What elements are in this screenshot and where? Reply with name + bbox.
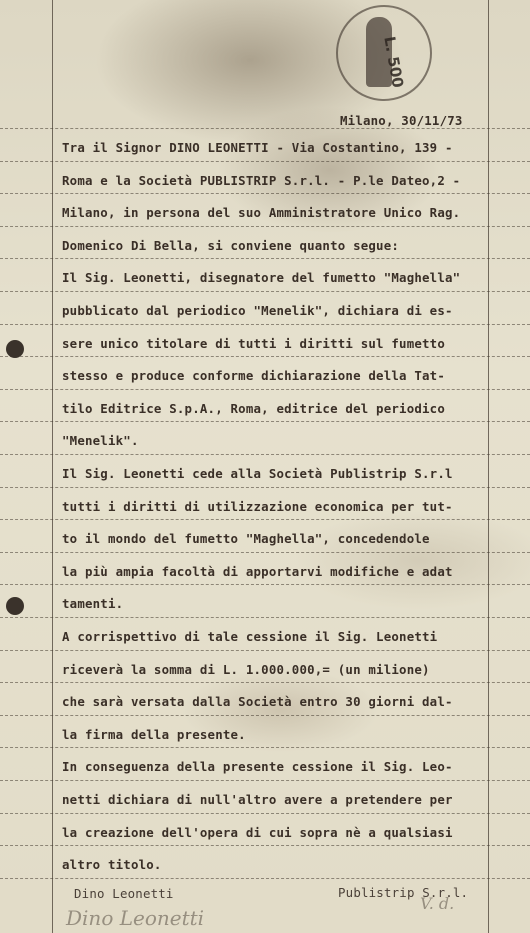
ruled-line (0, 128, 530, 129)
left-margin-rule (52, 0, 53, 933)
ruled-line (0, 193, 530, 194)
contract-line: tamenti. (62, 596, 123, 611)
right-margin-rule (488, 0, 489, 933)
contract-line: A corrispettivo di tale cessione il Sig.… (62, 629, 437, 644)
handwritten-signature-right: V. d. (420, 894, 454, 913)
contract-line: Milano, in persona del suo Amministrator… (62, 205, 460, 220)
revenue-stamp-icon: L. 500 (336, 5, 432, 101)
contract-line: tilo Editrice S.p.A., Roma, editrice del… (62, 401, 445, 416)
contract-line: riceverà la somma di L. 1.000.000,= (un … (62, 662, 430, 677)
ruled-line (0, 780, 530, 781)
ruled-line (0, 715, 530, 716)
contract-line: Tra il Signor DINO LEONETTI - Via Costan… (62, 140, 453, 155)
ruled-line (0, 650, 530, 651)
contract-line: In conseguenza della presente cessione i… (62, 759, 453, 774)
contract-line: che sarà versata dalla Società entro 30 … (62, 694, 453, 709)
ruled-line (0, 813, 530, 814)
contract-line: Domenico Di Bella, si conviene quanto se… (62, 238, 399, 253)
contract-line: la firma della presente. (62, 727, 246, 742)
contract-line: tutti i diritti di utilizzazione economi… (62, 499, 453, 514)
contract-line: sere unico titolare di tutti i diritti s… (62, 336, 445, 351)
contract-line: "Menelik". (62, 433, 139, 448)
ruled-line (0, 878, 530, 879)
ruled-line (0, 324, 530, 325)
ruled-line (0, 356, 530, 357)
contract-line: altro titolo. (62, 857, 162, 872)
scanned-contract-page: L. 500 Milano, 30/11/73 Tra il Signor DI… (0, 0, 530, 933)
ruled-line (0, 584, 530, 585)
ruled-line (0, 389, 530, 390)
date-line: Milano, 30/11/73 (340, 113, 463, 128)
contract-line: Roma e la Società PUBLISTRIP S.r.l. - P.… (62, 173, 460, 188)
contract-line: pubblicato dal periodico "Menelik", dich… (62, 303, 453, 318)
ruled-line (0, 226, 530, 227)
contract-line: Il Sig. Leonetti cede alla Società Publi… (62, 466, 453, 481)
ruled-line (0, 291, 530, 292)
ruled-line (0, 845, 530, 846)
contract-line: la più ampia facoltà di apportarvi modif… (62, 564, 453, 579)
ruled-line (0, 454, 530, 455)
contract-line: to il mondo del fumetto "Maghella", conc… (62, 531, 430, 546)
contract-line: la creazione dell'opera di cui sopra nè … (62, 825, 453, 840)
contract-line: stesso e produce conforme dichiarazione … (62, 368, 445, 383)
handwritten-signature-left: Dino Leonetti (66, 906, 204, 930)
contract-line: Il Sig. Leonetti, disegnatore del fumett… (62, 270, 460, 285)
ruled-line (0, 421, 530, 422)
ruled-line (0, 487, 530, 488)
contract-line: netti dichiara di null'altro avere a pre… (62, 792, 453, 807)
punch-hole (6, 340, 24, 358)
ruled-line (0, 258, 530, 259)
ruled-line (0, 617, 530, 618)
ruled-line (0, 161, 530, 162)
ruled-line (0, 519, 530, 520)
ruled-line (0, 747, 530, 748)
ruled-line (0, 552, 530, 553)
punch-hole (6, 597, 24, 615)
ruled-line (0, 682, 530, 683)
signature-name-left: Dino Leonetti (74, 886, 174, 901)
